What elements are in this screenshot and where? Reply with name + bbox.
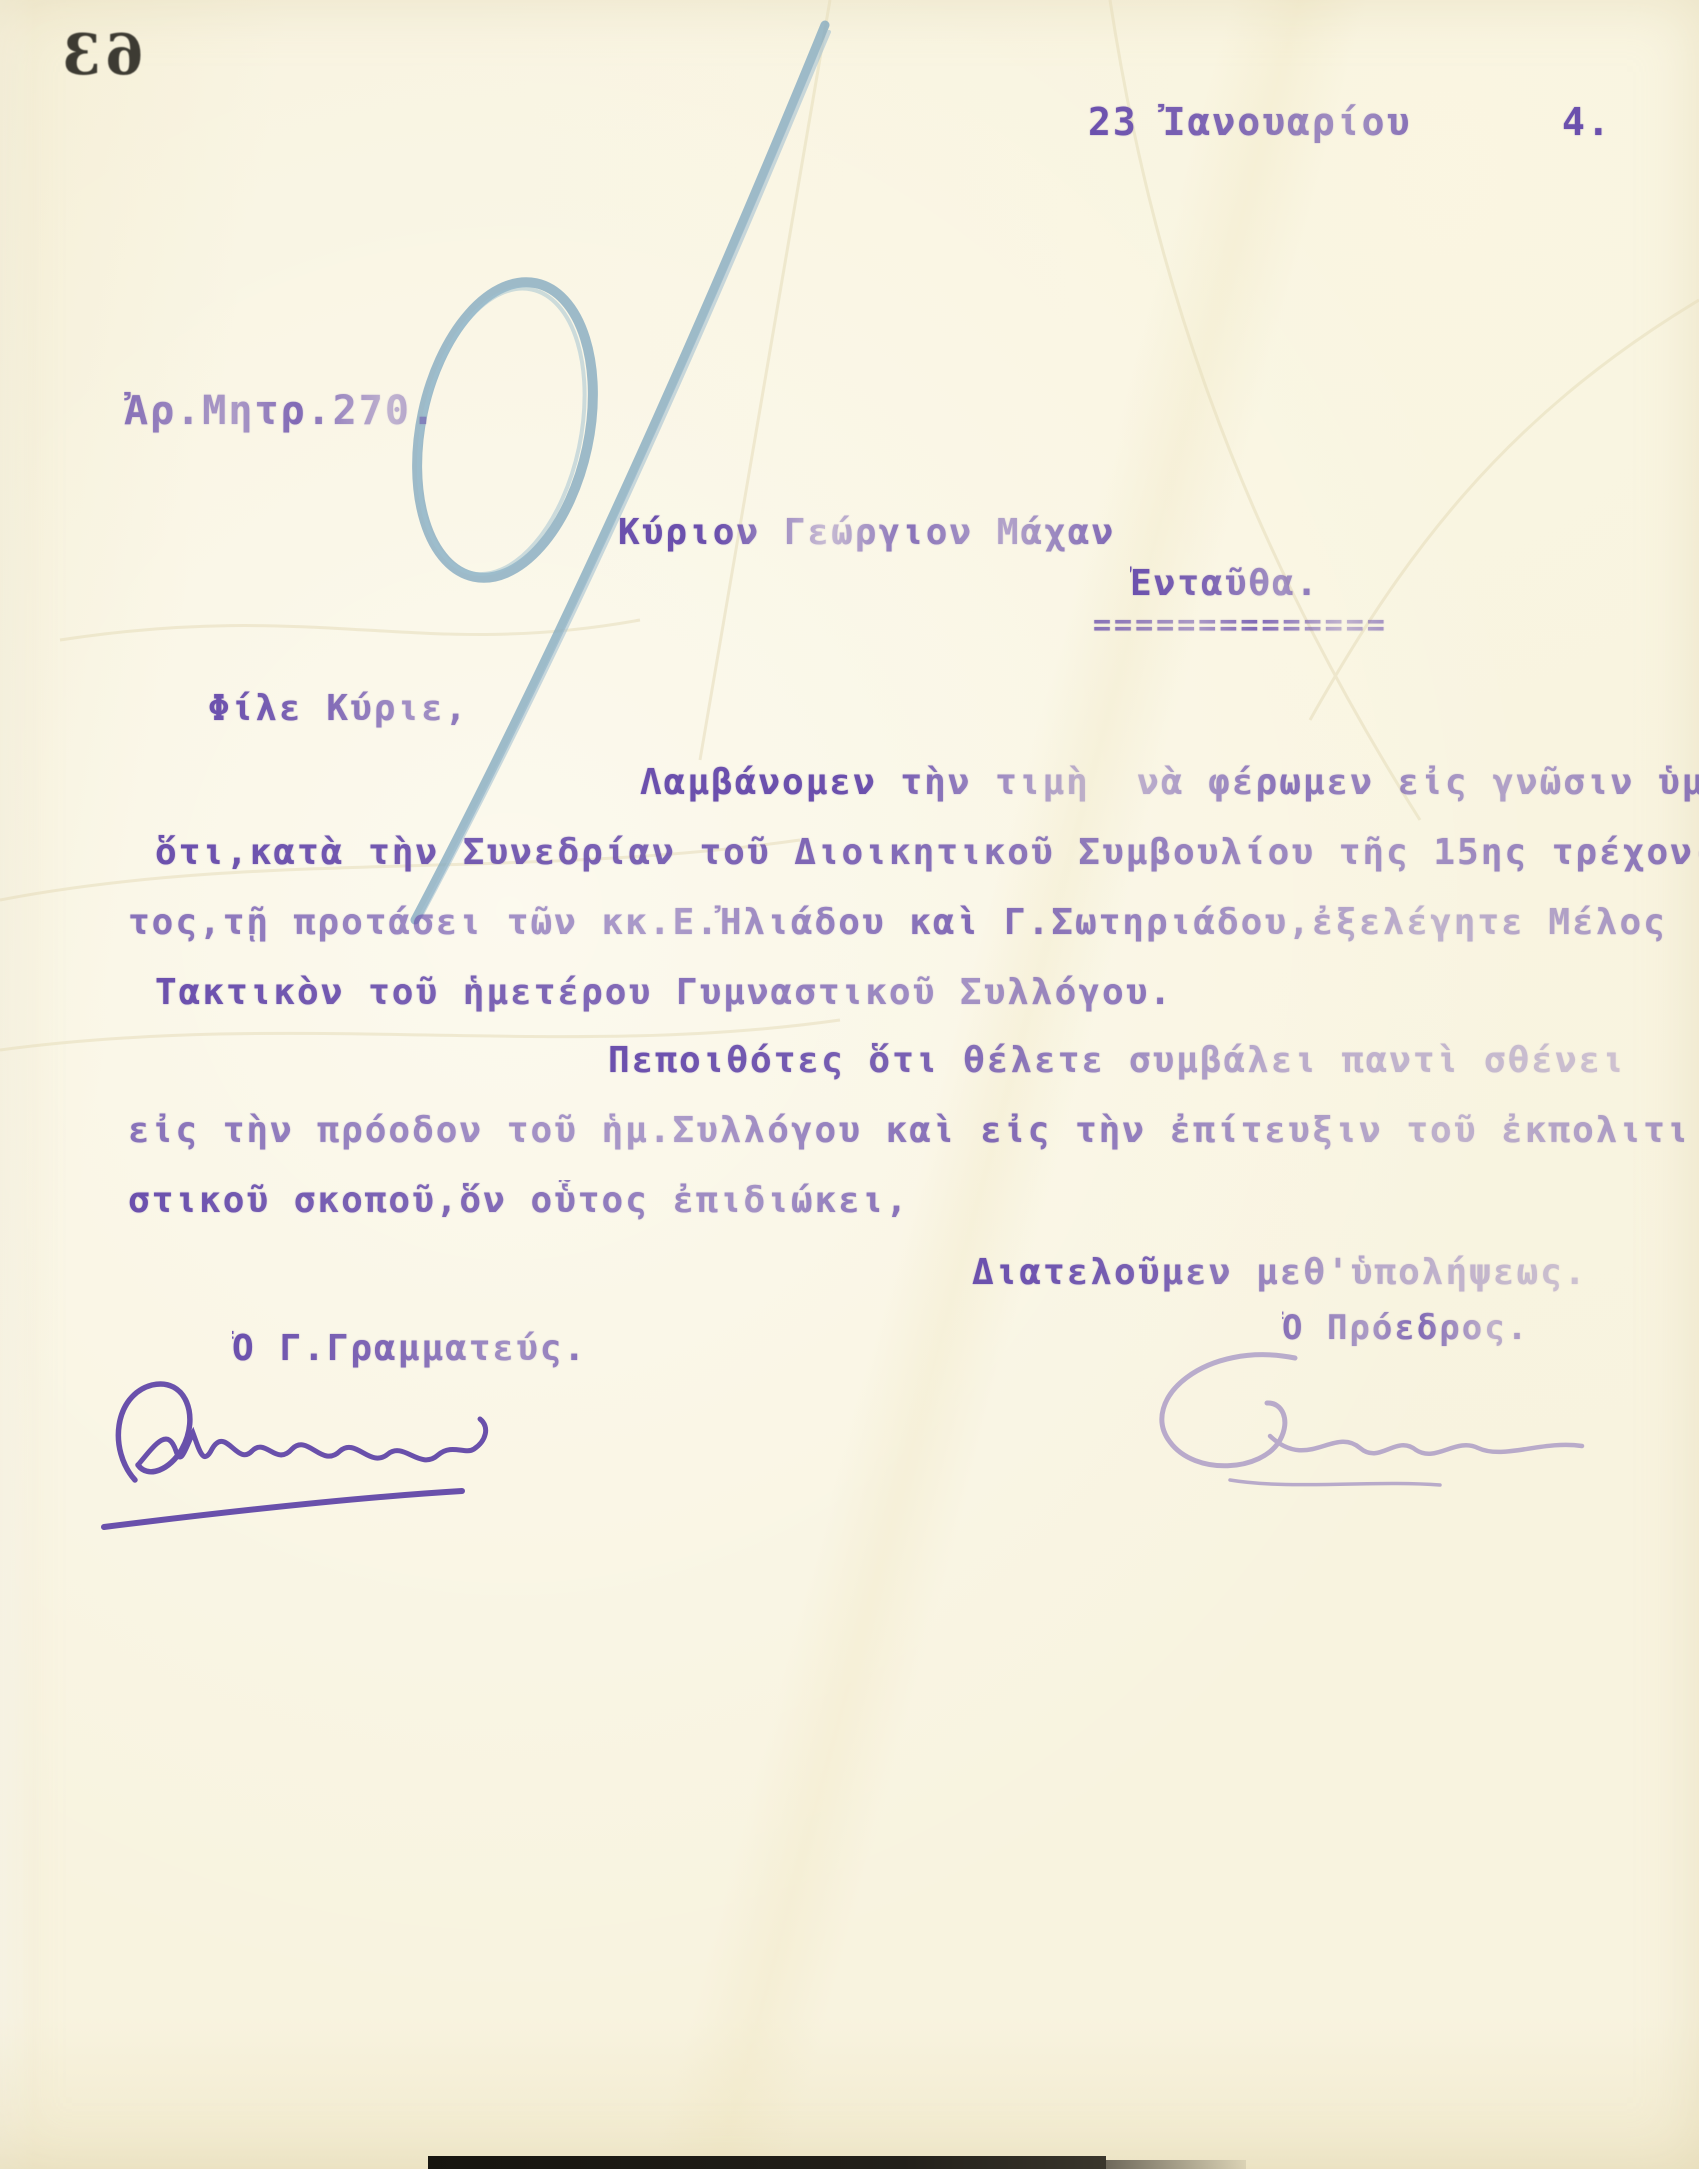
president-signature [1110,1340,1610,1505]
letter-page: 63 23 Ἰανουαρίου 4. Ἀρ.Μητρ.270. Κύριον … [0,0,1699,2169]
paper-creases [0,0,1699,2169]
body-line: Πεποιθότες ὅτι θέλετε συμβάλει παντὶ σθέ… [608,1040,1626,1081]
closing-phrase: Διατελοῦμεν μεθ'ὑπολήψεως. [972,1252,1588,1293]
body-line: Τακτικὸν τοῦ ἡμετέρου Γυμναστικοῦ Συλλόγ… [155,972,1173,1013]
president-title: Ὁ Πρόεδρος. [1282,1308,1529,1348]
page-number-stamp: 63 [58,22,144,88]
registry-number: Ἀρ.Μητρ.270. [124,388,437,434]
body-line: στικοῦ σκοποῦ,ὅν οὗτος ἐπιδιώκει, [128,1180,909,1221]
recipient-place: Ἐνταῦθα. [1130,563,1319,604]
body-line: τος,τῇ προτάσει τῶν κκ.Ε.Ἠλιάδου καὶ Γ.Σ… [128,902,1667,943]
blue-pencil-mark [320,0,880,960]
salutation: Φίλε Κύριε, [208,688,468,729]
recipient-place-underline: ============== [1093,608,1388,643]
body-line: ὅτι,κατὰ τὴν Συνεδρίαν τοῦ Διοικητικοῦ Σ… [155,832,1699,873]
scan-edge-artifact-faint [1106,2160,1246,2169]
scan-edge-artifact [428,2156,1106,2169]
recipient-name: Κύριον Γεώργιον Μάχαν [618,512,1115,553]
letter-date: 23 Ἰανουαρίου [1088,100,1411,144]
letter-year: 4. [1562,100,1612,144]
body-line: εἰς τὴν πρόοδον τοῦ ἡμ.Συλλόγου καὶ εἰς … [128,1110,1690,1151]
secretary-signature [90,1355,630,1545]
secretary-title: Ὁ Γ.Γραμματεύς. [232,1328,587,1369]
body-line: Λαμβάνομεν τὴν τιμὴ νὰ φέρωμεν εἰς γνῶσι… [640,762,1699,803]
